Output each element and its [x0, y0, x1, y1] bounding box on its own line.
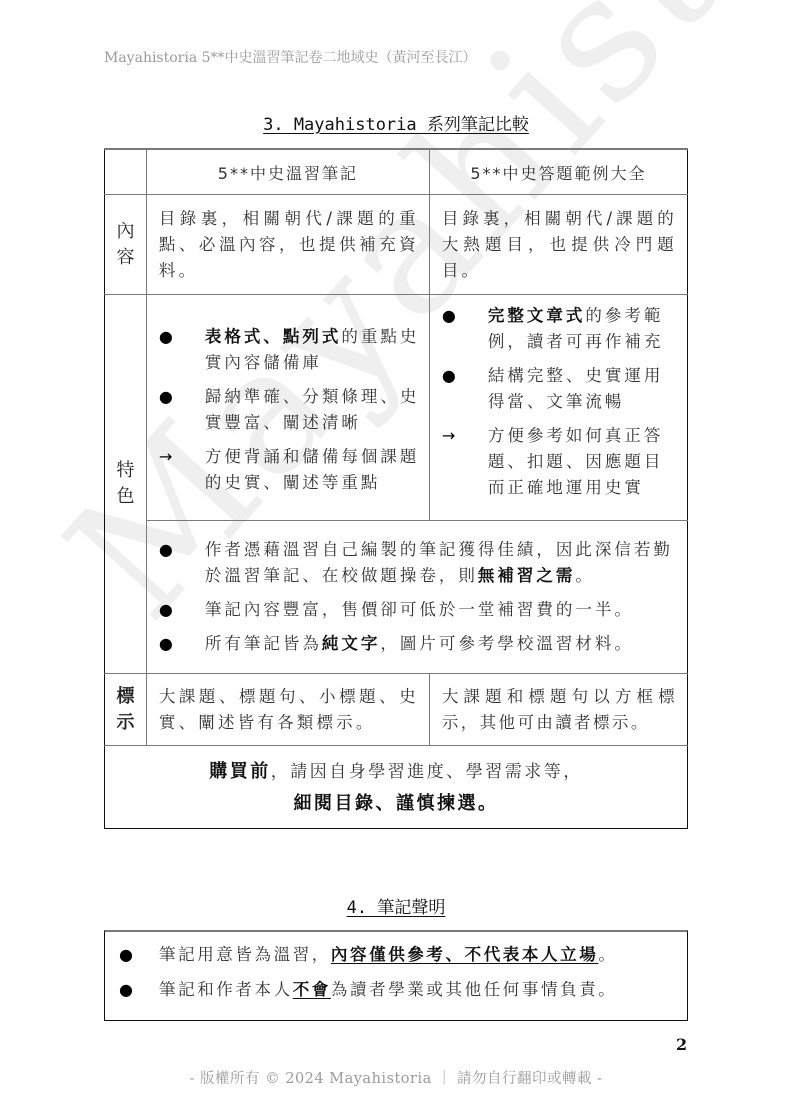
- item-text: 筆記用意皆為溫習，: [159, 945, 331, 964]
- bold-text: 無補習之需: [478, 566, 576, 585]
- advice-text: ，請因自身學習進度、學習需求等，: [271, 762, 583, 782]
- item-text: 方便參考如何真正答題、扣題、因應題目而正確地運用史實: [488, 423, 679, 501]
- marking-answers-cell: 大課題和標題句以方框標示，其他可由讀者標示。: [429, 674, 687, 746]
- item-text-end: ，圖片可參考學校溫習材料。: [380, 634, 634, 653]
- table-header-row: 5**中史溫習筆記 5**中史答題範例大全: [105, 149, 688, 195]
- bullet-icon: ●: [117, 942, 159, 968]
- row-label-features: 特色: [105, 295, 147, 674]
- list-item: ● 筆記和作者本人不會為讀者學業或其他任何事情負責。: [117, 977, 687, 1003]
- list-item: ● 表格式、點列式的重點史實內容儲備庫: [157, 324, 421, 376]
- bullet-icon: ●: [117, 977, 159, 1003]
- list-item: → 方便背誦和儲備每個課題的史實、闡述等重點: [157, 444, 421, 496]
- page-number: 2: [676, 1035, 687, 1054]
- features-shared-row: ● 作者憑藉溫習自己編製的筆記獲得佳績，因此深信若勤於溫習筆記、在校做題操卷，則…: [105, 521, 688, 674]
- bold-text: 購買前: [209, 761, 271, 782]
- item-text: 歸納準確、分類條理、史實豐富、闡述清晰: [205, 384, 421, 436]
- arrow-right-icon: →: [440, 423, 488, 449]
- header-col-notes: 5**中史溫習筆記: [146, 149, 429, 195]
- bullet-icon: ●: [440, 363, 488, 389]
- features-answers-cell: ● 完整文章式的參考範例，讀者可再作補充 ● 結構完整、史實運用得當、文筆流暢 …: [429, 295, 687, 521]
- content-answers-text: 目錄裏，相關朝代/課題的大熱題目，也提供冷門題目。: [430, 198, 687, 292]
- purchase-advice-line-2: 細閱目錄、謹慎揀選。: [105, 788, 687, 820]
- bullet-icon: ●: [157, 631, 205, 657]
- bold-text: 表格式、點列式: [205, 327, 342, 346]
- running-header: Mayahistoria 5**中史溫習筆記卷二地域史（黃河至長江）: [104, 47, 477, 67]
- item-text-end: 。: [575, 566, 595, 585]
- section-3-title-text: 3. Mayahistoria 系列筆記比較: [263, 115, 529, 135]
- item-text-end: 。: [598, 945, 617, 964]
- features-answers-list: ● 完整文章式的參考範例，讀者可再作補充 ● 結構完整、史實運用得當、文筆流暢 …: [430, 295, 687, 511]
- features-row: 特色 ● 表格式、點列式的重點史實內容儲備庫 ● 歸納準確、分類條理、史實豐富、…: [105, 295, 688, 521]
- row-label-features-text: 特色: [115, 458, 135, 510]
- purchase-advice-line-1: 購買前，請因自身學習進度、學習需求等，: [105, 756, 687, 788]
- list-item: ● 筆記用意皆為溫習，內容僅供參考、不代表本人立場。: [117, 942, 687, 968]
- underlined-text: 內容僅供參考、不代表本人立場: [331, 945, 598, 964]
- purchase-advice-row: 購買前，請因自身學習進度、學習需求等， 細閱目錄、謹慎揀選。: [105, 746, 688, 829]
- bullet-icon: ●: [440, 303, 488, 329]
- features-shared-cell: ● 作者憑藉溫習自己編製的筆記獲得佳績，因此深信若勤於溫習筆記、在校做題操卷，則…: [146, 521, 687, 674]
- marking-answers-text: 大課題和標題句以方框標示，其他可由讀者標示。: [430, 680, 687, 740]
- purchase-advice-cell: 購買前，請因自身學習進度、學習需求等， 細閱目錄、謹慎揀選。: [105, 746, 688, 829]
- item-text-end: 為讀者學業或其他任何事情負責。: [331, 980, 618, 999]
- bullet-icon: ●: [157, 597, 205, 623]
- features-shared-list: ● 作者憑藉溫習自己編製的筆記獲得佳績，因此深信若勤於溫習筆記、在校做題操卷，則…: [147, 525, 687, 669]
- section-4-title-text: 4. 筆記聲明: [347, 898, 446, 918]
- item-text: 方便背誦和儲備每個課題的史實、闡述等重點: [205, 444, 421, 496]
- row-label-content: 內容: [105, 195, 147, 295]
- bullet-icon: ●: [157, 537, 205, 563]
- list-item: ● 所有筆記皆為純文字，圖片可參考學校溫習材料。: [157, 631, 679, 657]
- list-item: ● 筆記內容豐富，售價卻可低於一堂補習費的一半。: [157, 597, 679, 623]
- header-col-answers: 5**中史答題範例大全: [429, 149, 687, 195]
- arrow-right-icon: →: [157, 444, 205, 470]
- bullet-icon: ●: [157, 384, 205, 410]
- item-text: 所有筆記皆為: [205, 634, 322, 653]
- list-item: ● 作者憑藉溫習自己編製的筆記獲得佳績，因此深信若勤於溫習筆記、在校做題操卷，則…: [157, 537, 679, 589]
- comparison-table: 5**中史溫習筆記 5**中史答題範例大全 內容 目錄裏，相關朝代/課題的重點、…: [104, 148, 688, 829]
- disclaimer-box: ● 筆記用意皆為溫習，內容僅供參考、不代表本人立場。 ● 筆記和作者本人不會為讀…: [104, 930, 688, 1021]
- item-text: 筆記內容豐富，售價卻可低於一堂補習費的一半。: [205, 597, 679, 623]
- content-answers-cell: 目錄裏，相關朝代/課題的大熱題目，也提供冷門題目。: [429, 195, 687, 295]
- section-4-title: 4. 筆記聲明: [0, 893, 792, 918]
- content-row: 內容 目錄裏，相關朝代/課題的重點、必溫內容，也提供補充資料。 目錄裏，相關朝代…: [105, 195, 688, 295]
- marking-notes-cell: 大課題、標題句、小標題、史實、闡述皆有各類標示。: [146, 674, 429, 746]
- list-item: → 方便參考如何真正答題、扣題、因應題目而正確地運用史實: [440, 423, 679, 501]
- bullet-icon: ●: [157, 324, 205, 350]
- content-notes-text: 目錄裏，相關朝代/課題的重點、必溫內容，也提供補充資料。: [147, 198, 429, 292]
- underlined-text: 不會: [293, 980, 331, 999]
- row-label-content-text: 內容: [115, 219, 135, 271]
- bold-text: 完整文章式: [488, 306, 586, 325]
- bold-text: 純文字: [322, 634, 381, 653]
- section-3-title: 3. Mayahistoria 系列筆記比較: [0, 110, 792, 135]
- header-empty-cell: [105, 149, 147, 195]
- marking-notes-text: 大課題、標題句、小標題、史實、闡述皆有各類標示。: [147, 680, 429, 740]
- copyright-footer: - 版權所有 © 2024 Mayahistoria ｜ 請勿自行翻印或轉載 -: [0, 1067, 792, 1088]
- item-text: 筆記和作者本人: [159, 980, 293, 999]
- list-item: ● 歸納準確、分類條理、史實豐富、闡述清晰: [157, 384, 421, 436]
- marking-row: 標示 大課題、標題句、小標題、史實、闡述皆有各類標示。 大課題和標題句以方框標示…: [105, 674, 688, 746]
- item-text: 結構完整、史實運用得當、文筆流暢: [488, 363, 679, 415]
- item-text: 作者憑藉溫習自己編製的筆記獲得佳績，因此深信若勤於溫習筆記、在校做題操卷，則: [205, 540, 673, 585]
- features-notes-list: ● 表格式、點列式的重點史實內容儲備庫 ● 歸納準確、分類條理、史實豐富、闡述清…: [147, 310, 429, 506]
- row-label-marking: 標示: [105, 674, 147, 746]
- content-notes-cell: 目錄裏，相關朝代/課題的重點、必溫內容，也提供補充資料。: [146, 195, 429, 295]
- list-item: ● 完整文章式的參考範例，讀者可再作補充: [440, 303, 679, 355]
- disclaimer-list: ● 筆記用意皆為溫習，內容僅供參考、不代表本人立場。 ● 筆記和作者本人不會為讀…: [105, 932, 687, 1003]
- features-notes-cell: ● 表格式、點列式的重點史實內容儲備庫 ● 歸納準確、分類條理、史實豐富、闡述清…: [146, 295, 429, 521]
- list-item: ● 結構完整、史實運用得當、文筆流暢: [440, 363, 679, 415]
- row-label-marking-text: 標示: [115, 684, 135, 736]
